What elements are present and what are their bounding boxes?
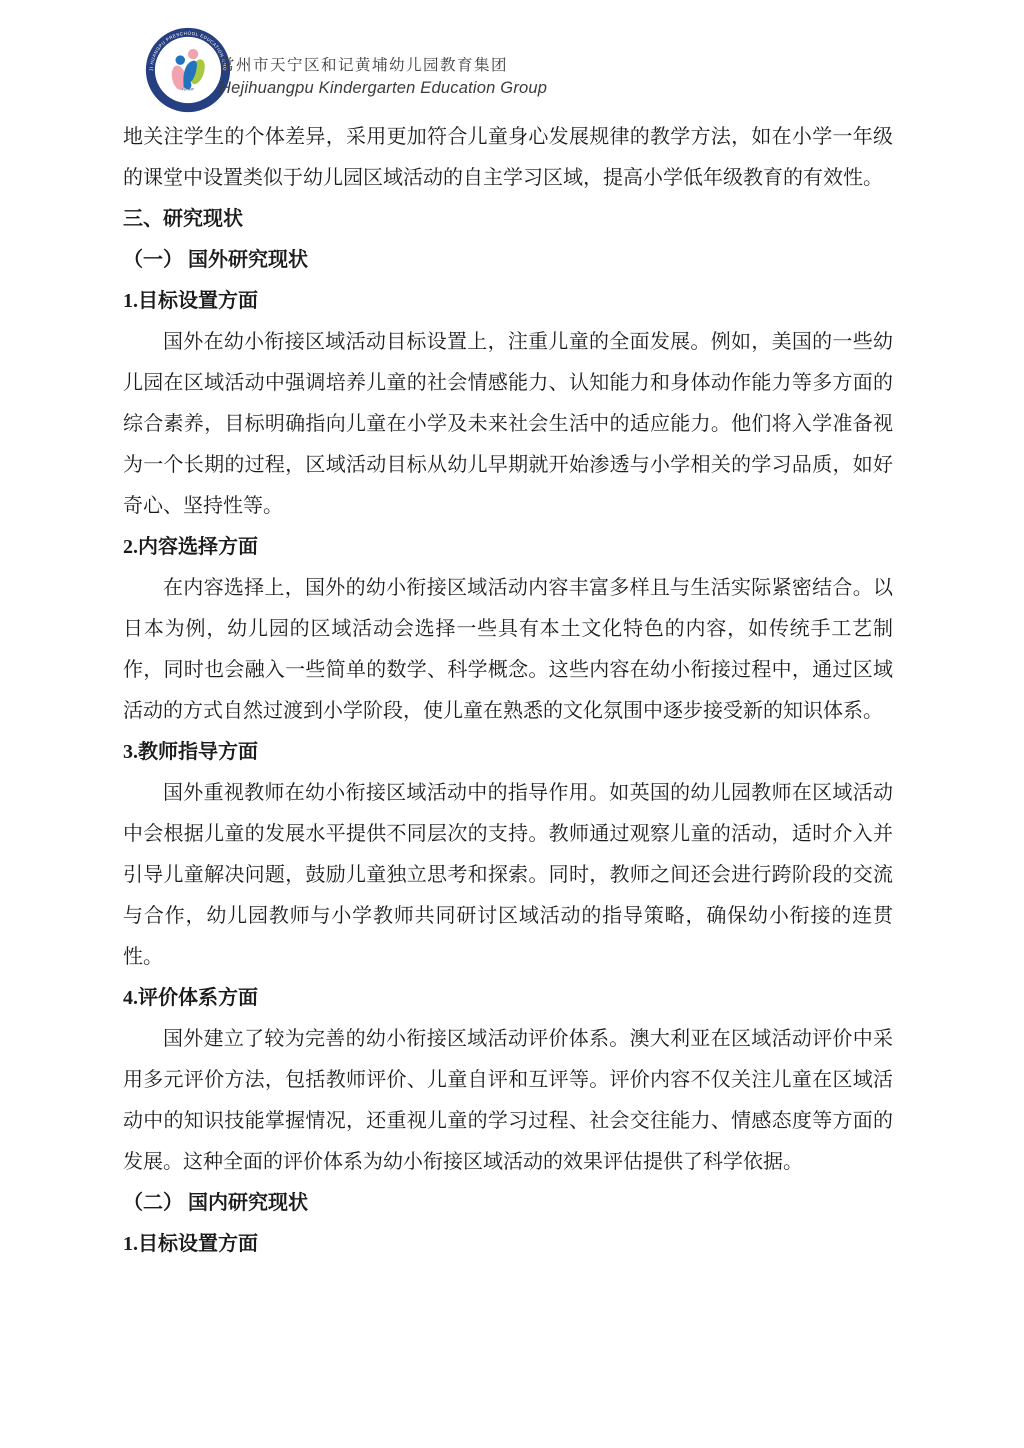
- item-heading-teacher-guidance: 3.教师指导方面: [123, 732, 893, 773]
- section-heading-research-status: 三、研究现状: [123, 199, 893, 240]
- logo-center-mark: HJHMP: [182, 88, 195, 92]
- paragraph-content-selection: 在内容选择上，国外的幼小衔接区域活动内容丰富多样且与生活实际紧密结合。以日本为例…: [123, 568, 893, 732]
- subsection-heading-domestic-research: （二） 国内研究现状: [123, 1183, 893, 1224]
- item-heading-content-selection: 2.内容选择方面: [123, 527, 893, 568]
- item-heading-goal-setting: 1.目标设置方面: [123, 281, 893, 322]
- org-name-chinese: 常州市天宁区和记黄埔幼儿园教育集团: [219, 56, 547, 76]
- org-name-english: Hejihuangpu Kindergarten Education Group: [219, 78, 547, 98]
- logo-blue-head: [176, 55, 185, 64]
- subsection-heading-foreign-research: （一） 国外研究现状: [123, 240, 893, 281]
- org-names: 常州市天宁区和记黄埔幼儿园教育集团 Hejihuangpu Kindergart…: [219, 56, 547, 98]
- paragraph-evaluation-system: 国外建立了较为完善的幼小衔接区域活动评价体系。澳大利亚在区域活动评价中采用多元评…: [123, 1019, 893, 1183]
- paragraph-goal-setting: 国外在幼小衔接区域活动目标设置上，注重儿童的全面发展。例如，美国的一些幼儿园在区…: [123, 322, 893, 527]
- paragraph-teacher-guidance: 国外重视教师在幼小衔接区域活动中的指导作用。如英国的幼儿园教师在区域活动中会根据…: [123, 773, 893, 978]
- logo-pink-head: [188, 49, 198, 59]
- item-heading-evaluation-system: 4.评价体系方面: [123, 978, 893, 1019]
- document-page: HEJI HUANGPU PRESCHOOL EDUCATION GROUP 和…: [0, 0, 1024, 1448]
- document-body: 地关注学生的个体差异，采用更加符合儿童身心发展规律的教学方法，如在小学一年级的课…: [123, 117, 893, 1265]
- item-heading-goal-setting-domestic: 1.目标设置方面: [123, 1224, 893, 1265]
- paragraph-continuation: 地关注学生的个体差异，采用更加符合儿童身心发展规律的教学方法，如在小学一年级的课…: [123, 117, 893, 199]
